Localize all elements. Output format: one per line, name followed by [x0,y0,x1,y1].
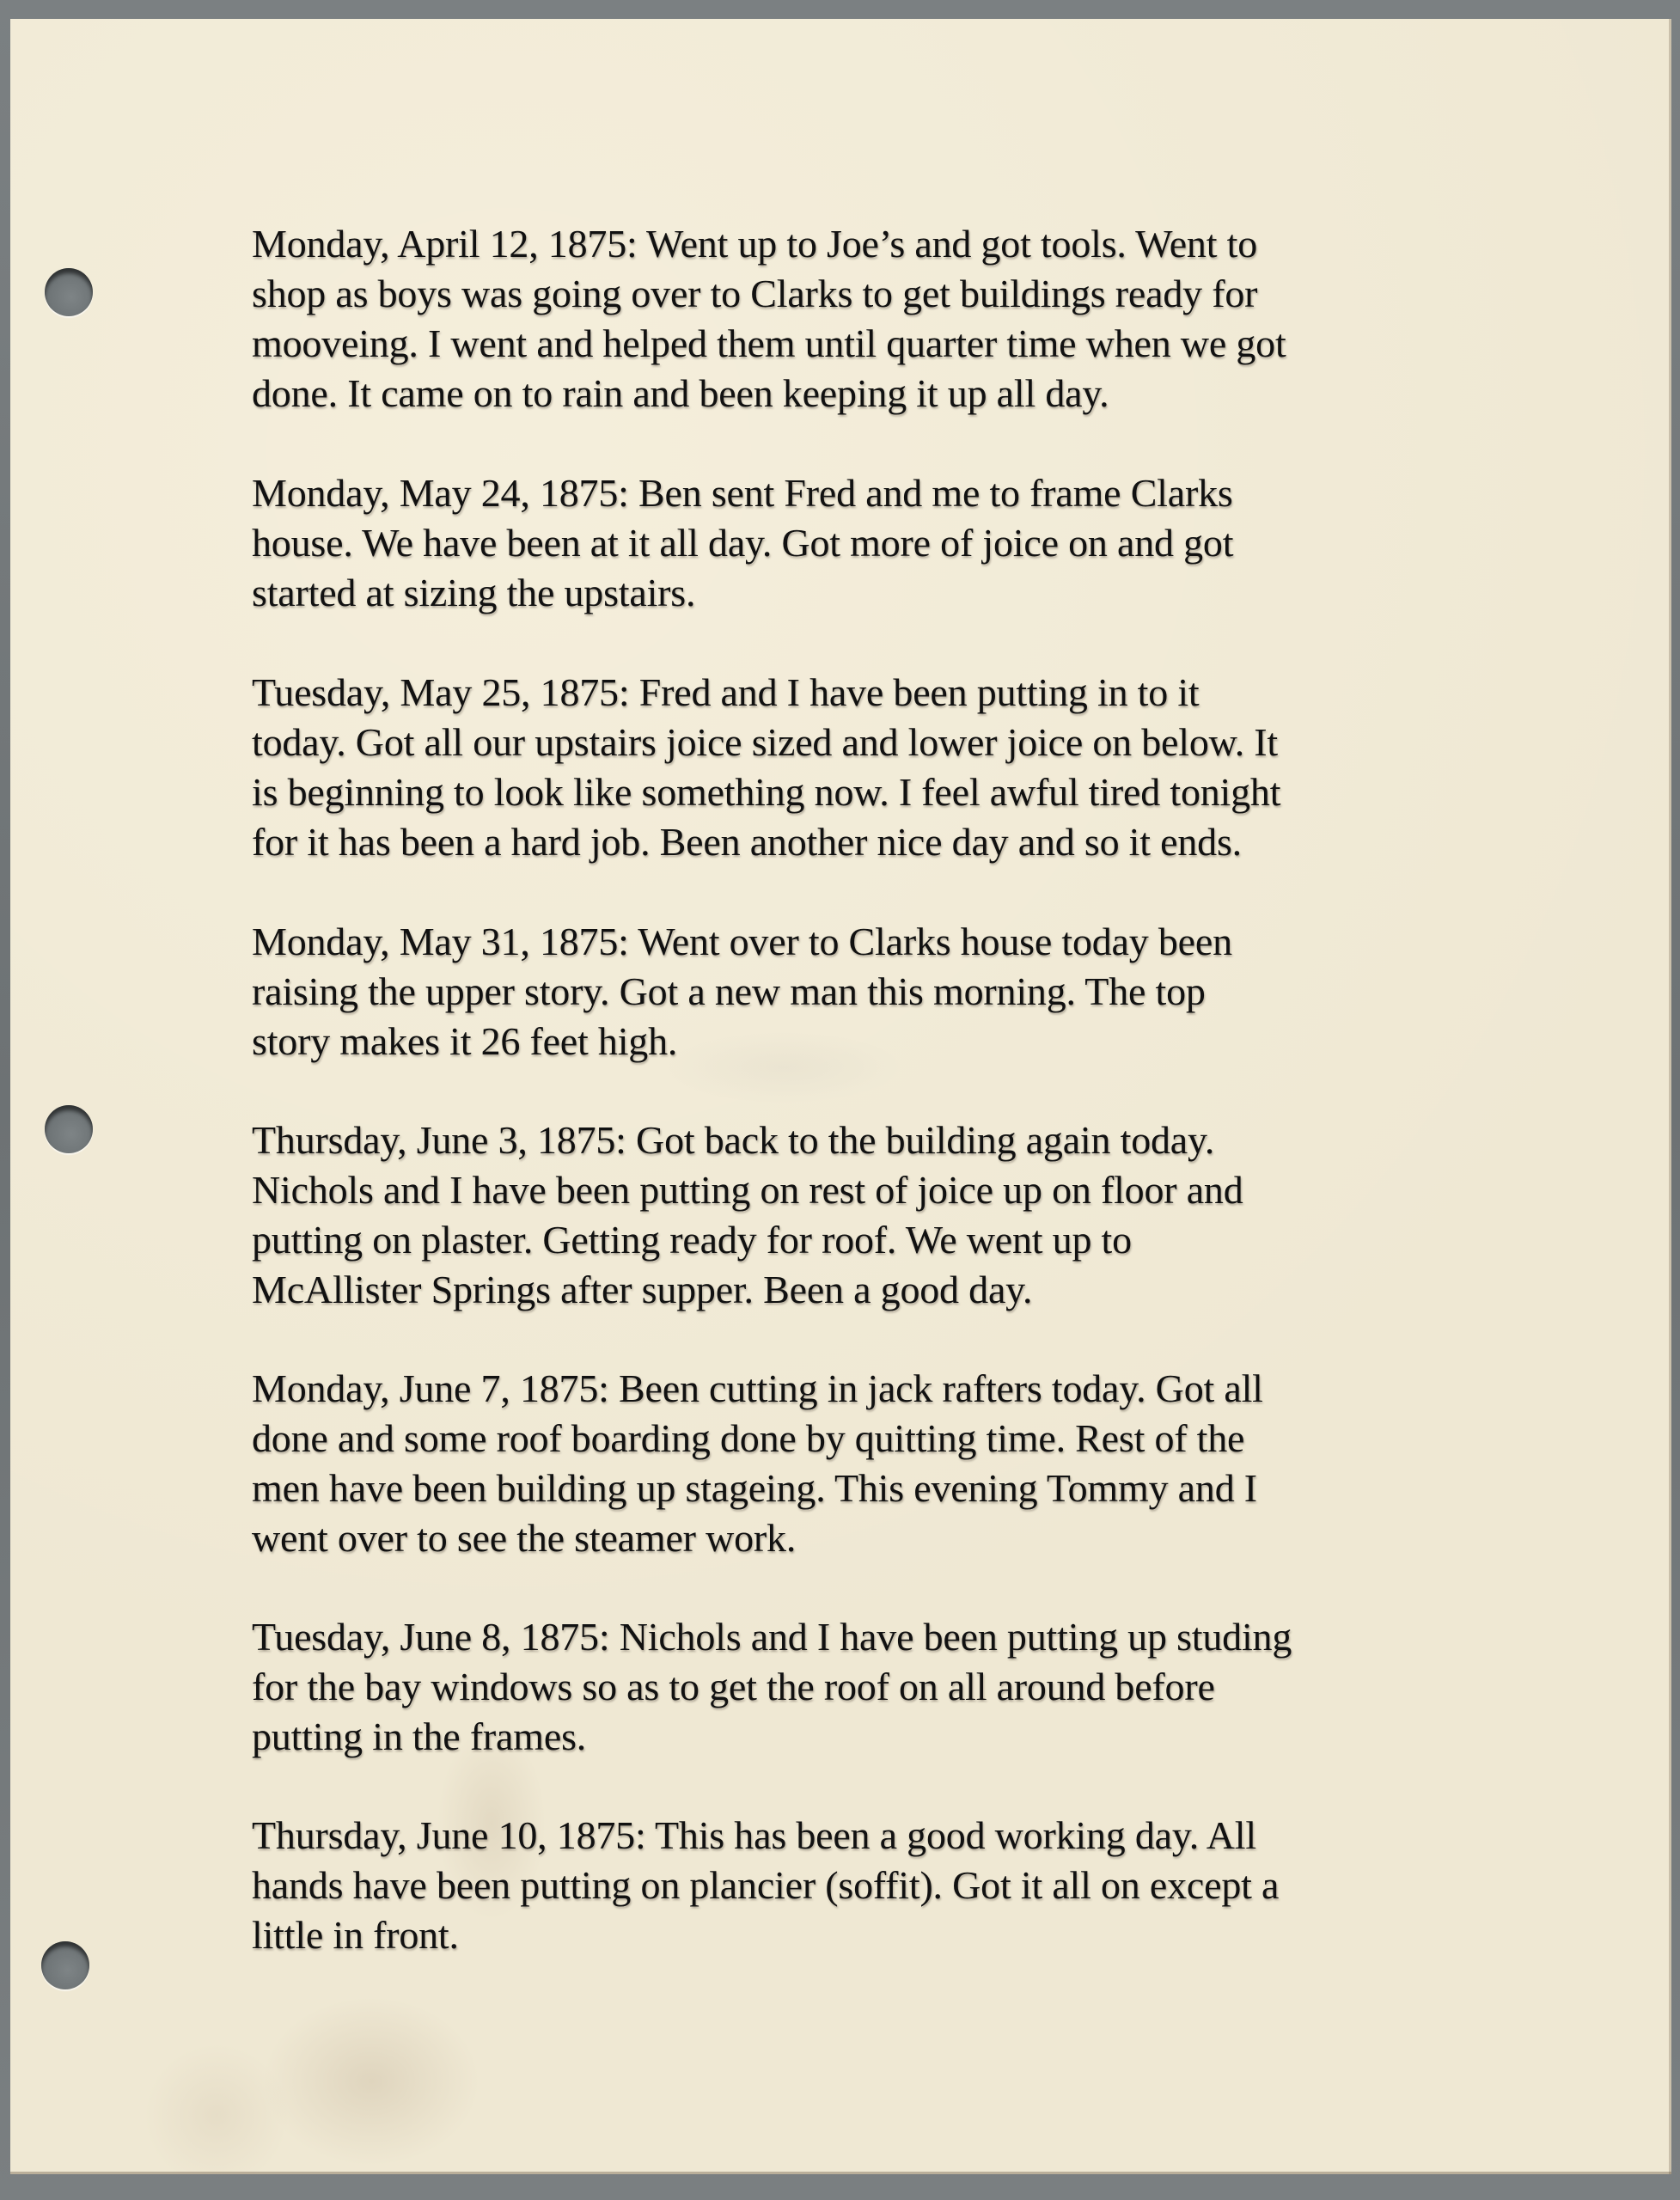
entry-line: story makes it 26 feet high. [252,1017,1472,1066]
entry-line: Monday, May 24, 1875: Ben sent Fred and … [252,468,1472,518]
binder-hole-icon [45,268,93,316]
entry-line: Tuesday, May 25, 1875: Fred and I have b… [252,668,1472,718]
entry-line: today. Got all our upstairs joice sized … [252,718,1472,767]
entry-line: little in front. [252,1910,1472,1960]
entry-line: Thursday, June 10, 1875: This has been a… [252,1811,1472,1861]
entry-line: started at sizing the upstairs. [252,568,1472,618]
binder-hole-icon [45,1105,93,1153]
entry-line: raising the upper story. Got a new man t… [252,967,1472,1017]
diary-entry-1875-06-08: Tuesday, June 8, 1875: Nichols and I hav… [252,1612,1472,1762]
entry-line: Tuesday, June 8, 1875: Nichols and I hav… [252,1612,1472,1662]
entry-line: McAllister Springs after supper. Been a … [252,1265,1472,1315]
entry-line: Nichols and I have been putting on rest … [252,1165,1472,1215]
diary-entry-1875-05-25: Tuesday, May 25, 1875: Fred and I have b… [252,668,1472,867]
diary-entry-1875-04-12: Monday, April 12, 1875: Went up to Joe’s… [252,219,1472,419]
binder-hole-icon [41,1941,89,1989]
entry-line: shop as boys was going over to Clarks to… [252,269,1472,319]
entry-line: putting in the frames. [252,1712,1472,1762]
diary-entry-1875-05-31: Monday, May 31, 1875: Went over to Clark… [252,917,1472,1066]
entry-line: went over to see the steamer work. [252,1513,1472,1563]
entry-line: Monday, May 31, 1875: Went over to Clark… [252,917,1472,967]
entry-line: hands have been putting on plancier (sof… [252,1861,1472,1910]
entry-line: for it has been a hard job. Been another… [252,817,1472,867]
diary-entry-1875-06-07: Monday, June 7, 1875: Been cutting in ja… [252,1364,1472,1563]
entry-line: for the bay windows so as to get the roo… [252,1662,1472,1712]
diary-entry-1875-06-03: Thursday, June 3, 1875: Got back to the … [252,1115,1472,1315]
entry-line: Thursday, June 3, 1875: Got back to the … [252,1115,1472,1165]
entry-line: Monday, June 7, 1875: Been cutting in ja… [252,1364,1472,1414]
entry-line: done. It came on to rain and been keepin… [252,369,1472,419]
entry-line: men have been building up stageing. This… [252,1464,1472,1513]
diary-entry-1875-06-10: Thursday, June 10, 1875: This has been a… [252,1811,1472,1960]
entry-line: house. We have been at it all day. Got m… [252,518,1472,568]
diary-entry-1875-05-24: Monday, May 24, 1875: Ben sent Fred and … [252,468,1472,618]
entry-line: mooveing. I went and helped them until q… [252,319,1472,369]
entry-line: done and some roof boarding done by quit… [252,1414,1472,1464]
entry-line: is beginning to look like something now.… [252,767,1472,817]
entry-line: putting on plaster. Getting ready for ro… [252,1215,1472,1265]
entry-line: Monday, April 12, 1875: Went up to Joe’s… [252,219,1472,269]
